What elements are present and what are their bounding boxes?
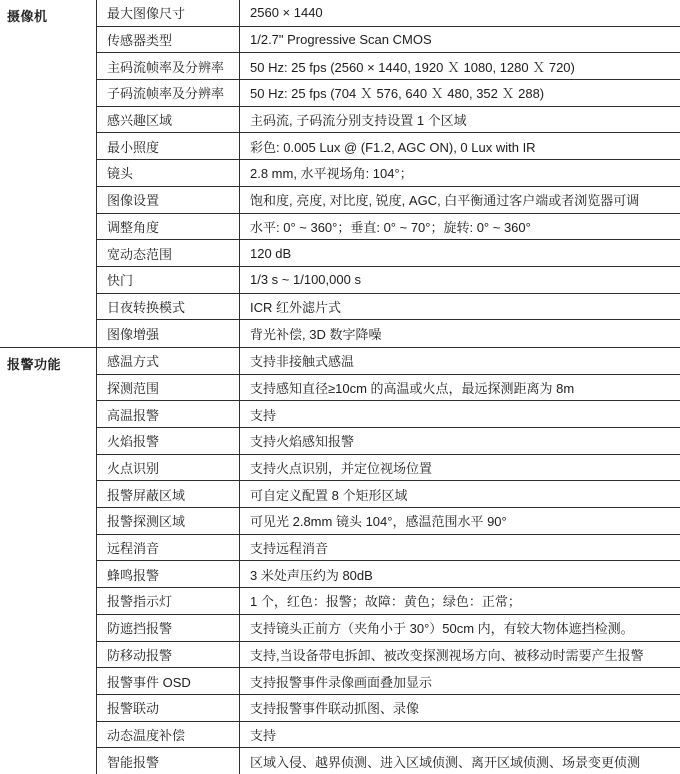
spec-label: 感温方式: [97, 348, 240, 374]
spec-row: 报警事件 OSD支持报警事件录像画面叠加显示: [97, 668, 680, 695]
spec-row: 子码流帧率及分辨率50 Hz: 25 fps (704 Ｘ 576, 640 Ｘ…: [97, 80, 680, 107]
spec-value: 50 Hz: 25 fps (704 Ｘ 576, 640 Ｘ 480, 352…: [240, 83, 680, 102]
spec-row: 传感器类型1/2.7" Progressive Scan CMOS: [97, 27, 680, 54]
spec-label: 快门: [97, 267, 240, 293]
spec-row: 主码流帧率及分辨率50 Hz: 25 fps (2560 × 1440, 192…: [97, 53, 680, 80]
spec-label: 报警屏蔽区域: [97, 481, 240, 507]
section-rows: 最大图像尺寸2560 × 1440传感器类型1/2.7" Progressive…: [97, 0, 680, 347]
spec-row: 蜂鸣报警3 米处声压约为 80dB: [97, 561, 680, 588]
spec-label: 报警事件 OSD: [97, 668, 240, 694]
spec-value: 支持火点识别，并定位视场位置: [240, 458, 680, 477]
spec-row: 火焰报警支持火焰感知报警: [97, 428, 680, 455]
spec-label: 日夜转换模式: [97, 294, 240, 320]
spec-value: 支持报警事件联动抓图、录像: [240, 698, 680, 717]
spec-value: 120 dB: [240, 246, 680, 261]
category-label: 报警功能: [0, 348, 97, 774]
spec-label: 探测范围: [97, 375, 240, 401]
category-label: 摄像机: [0, 0, 97, 347]
spec-row: 感温方式支持非接触式感温: [97, 348, 680, 375]
spec-value: 水平: 0° ~ 360°；垂直: 0° ~ 70°；旋转: 0° ~ 360°: [240, 217, 680, 236]
spec-value: 背光补偿, 3D 数字降噪: [240, 324, 680, 343]
spec-row: 防遮挡报警支持镜头正前方（夹角小于 30°）50cm 内，有较大物体遮挡检测。: [97, 615, 680, 642]
spec-row: 快门1/3 s ~ 1/100,000 s: [97, 267, 680, 294]
spec-row: 动态温度补偿支持: [97, 722, 680, 749]
spec-value: 支持,当设备带电拆卸、被改变探测视场方向、被移动时需要产生报警: [240, 645, 680, 664]
spec-row: 火点识别支持火点识别，并定位视场位置: [97, 455, 680, 482]
spec-value: 2.8 mm, 水平视场角: 104°；: [240, 163, 680, 182]
spec-label: 子码流帧率及分辨率: [97, 80, 240, 106]
spec-value: 支持远程消音: [240, 538, 680, 557]
spec-label: 火焰报警: [97, 428, 240, 454]
spec-value: ICR 红外滤片式: [240, 297, 680, 316]
table-section: 报警功能感温方式支持非接触式感温探测范围支持感知直径≥10cm 的高温或火点，最…: [0, 348, 680, 774]
spec-value: 1/2.7" Progressive Scan CMOS: [240, 32, 680, 47]
spec-row: 最大图像尺寸2560 × 1440: [97, 0, 680, 27]
spec-label: 远程消音: [97, 535, 240, 561]
spec-value: 可见光 2.8mm 镜头 104°，感温范围水平 90°: [240, 511, 680, 530]
spec-label: 主码流帧率及分辨率: [97, 53, 240, 79]
spec-row: 远程消音支持远程消音: [97, 535, 680, 562]
spec-label: 调整角度: [97, 214, 240, 240]
spec-row: 日夜转换模式ICR 红外滤片式: [97, 294, 680, 321]
spec-value: 支持: [240, 725, 680, 744]
spec-value: 饱和度, 亮度, 对比度, 锐度, AGC, 白平衡通过客户端或者浏览器可调: [240, 190, 680, 209]
spec-value: 彩色: 0.005 Lux @ (F1.2, AGC ON), 0 Lux wi…: [240, 137, 680, 156]
spec-value: 支持: [240, 405, 680, 424]
spec-row: 报警探测区域可见光 2.8mm 镜头 104°，感温范围水平 90°: [97, 508, 680, 535]
spec-table: 摄像机最大图像尺寸2560 × 1440传感器类型1/2.7" Progress…: [0, 0, 680, 774]
spec-value: 支持镜头正前方（夹角小于 30°）50cm 内，有较大物体遮挡检测。: [240, 618, 680, 637]
spec-label: 传感器类型: [97, 27, 240, 53]
spec-row: 报警指示灯1 个，红色：报警；故障：黄色；绿色：正常；: [97, 588, 680, 615]
table-section: 摄像机最大图像尺寸2560 × 1440传感器类型1/2.7" Progress…: [0, 0, 680, 348]
spec-label: 感兴趣区域: [97, 107, 240, 133]
spec-label: 火点识别: [97, 455, 240, 481]
section-rows: 感温方式支持非接触式感温探测范围支持感知直径≥10cm 的高温或火点，最远探测距…: [97, 348, 680, 774]
spec-value: 支持报警事件录像画面叠加显示: [240, 672, 680, 691]
spec-label: 高温报警: [97, 401, 240, 427]
spec-label: 图像增强: [97, 320, 240, 347]
spec-row: 调整角度水平: 0° ~ 360°；垂直: 0° ~ 70°；旋转: 0° ~ …: [97, 214, 680, 241]
spec-value: 支持火焰感知报警: [240, 431, 680, 450]
spec-value: 主码流, 子码流分别支持设置 1 个区域: [240, 110, 680, 129]
spec-row: 报警屏蔽区域可自定义配置 8 个矩形区域: [97, 481, 680, 508]
spec-value: 50 Hz: 25 fps (2560 × 1440, 1920 Ｘ 1080,…: [240, 57, 680, 76]
spec-row: 图像增强背光补偿, 3D 数字降噪: [97, 320, 680, 347]
spec-label: 最小照度: [97, 133, 240, 159]
spec-row: 宽动态范围120 dB: [97, 240, 680, 267]
spec-row: 镜头2.8 mm, 水平视场角: 104°；: [97, 160, 680, 187]
spec-row: 感兴趣区域主码流, 子码流分别支持设置 1 个区域: [97, 107, 680, 134]
spec-label: 最大图像尺寸: [97, 0, 240, 26]
spec-label: 防遮挡报警: [97, 615, 240, 641]
spec-row: 最小照度彩色: 0.005 Lux @ (F1.2, AGC ON), 0 Lu…: [97, 133, 680, 160]
spec-row: 防移动报警支持,当设备带电拆卸、被改变探测视场方向、被移动时需要产生报警: [97, 642, 680, 669]
spec-label: 报警指示灯: [97, 588, 240, 614]
spec-row: 图像设置饱和度, 亮度, 对比度, 锐度, AGC, 白平衡通过客户端或者浏览器…: [97, 187, 680, 214]
spec-value: 可自定义配置 8 个矩形区域: [240, 485, 680, 504]
spec-value: 3 米处声压约为 80dB: [240, 565, 680, 584]
spec-label: 镜头: [97, 160, 240, 186]
spec-label: 智能报警: [97, 748, 240, 774]
spec-value: 支持非接触式感温: [240, 351, 680, 370]
spec-label: 宽动态范围: [97, 240, 240, 266]
spec-row: 高温报警支持: [97, 401, 680, 428]
spec-value: 1 个，红色：报警；故障：黄色；绿色：正常；: [240, 591, 680, 610]
spec-sheet-page: 摄像机最大图像尺寸2560 × 1440传感器类型1/2.7" Progress…: [0, 0, 680, 774]
spec-label: 蜂鸣报警: [97, 561, 240, 587]
spec-label: 动态温度补偿: [97, 722, 240, 748]
spec-value: 区域入侵、越界侦测、进入区域侦测、离开区域侦测、场景变更侦测: [240, 752, 680, 771]
spec-label: 报警联动: [97, 695, 240, 721]
spec-row: 探测范围支持感知直径≥10cm 的高温或火点，最远探测距离为 8m: [97, 375, 680, 402]
spec-value: 支持感知直径≥10cm 的高温或火点，最远探测距离为 8m: [240, 378, 680, 397]
spec-value: 1/3 s ~ 1/100,000 s: [240, 272, 680, 287]
spec-label: 图像设置: [97, 187, 240, 213]
spec-label: 报警探测区域: [97, 508, 240, 534]
spec-row: 智能报警区域入侵、越界侦测、进入区域侦测、离开区域侦测、场景变更侦测: [97, 748, 680, 774]
spec-row: 报警联动支持报警事件联动抓图、录像: [97, 695, 680, 722]
spec-value: 2560 × 1440: [240, 5, 680, 20]
spec-label: 防移动报警: [97, 642, 240, 668]
